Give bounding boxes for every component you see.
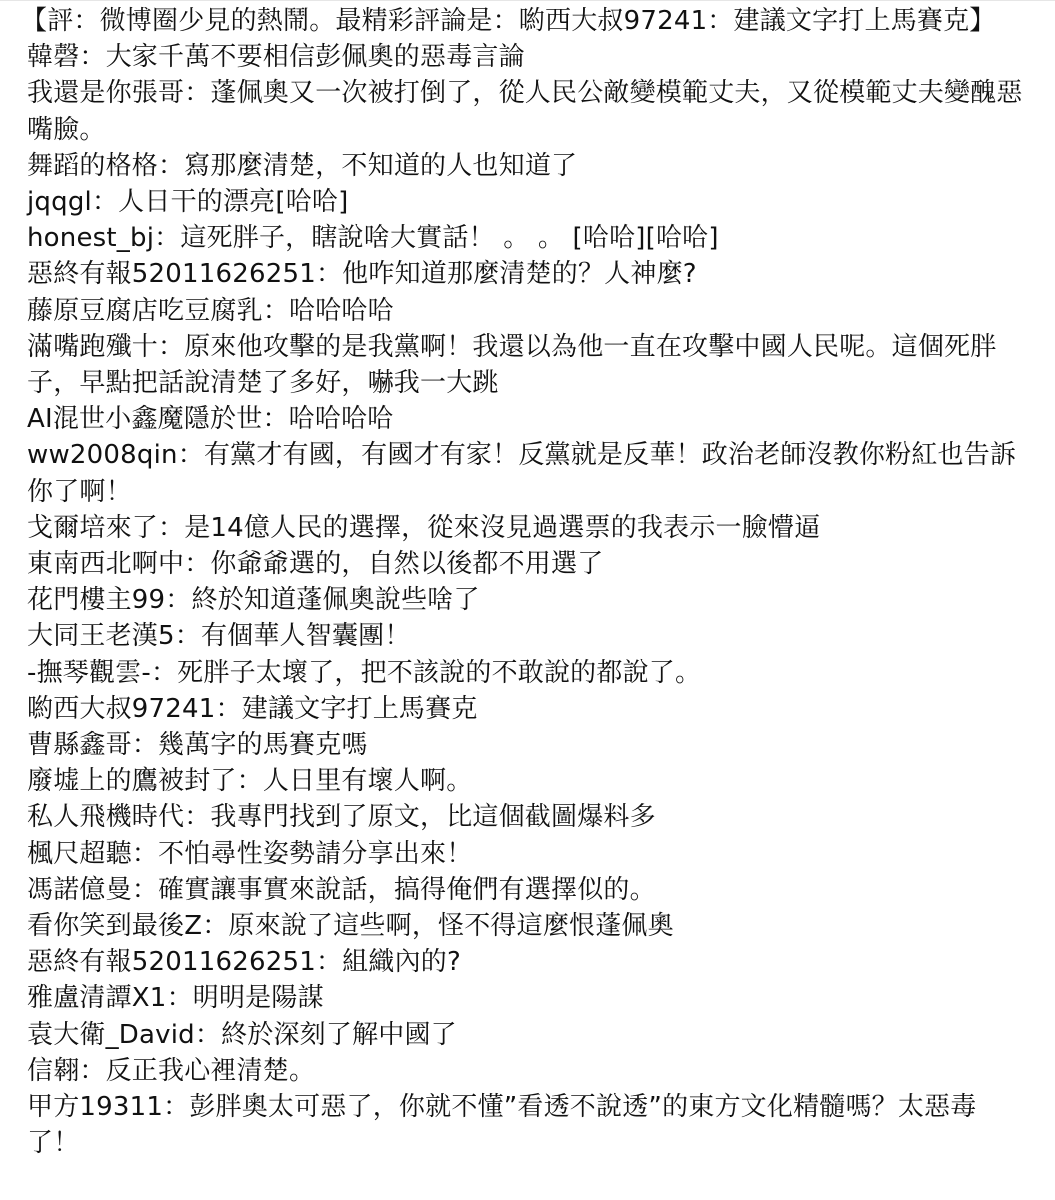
comment-text: 大家千萬不要相信彭佩奧的惡毒言論 [106,42,525,72]
comment-line: 惡終有報52011626251：組織內的? [27,944,1027,980]
comment-username: 滿嘴跑殲十 [27,332,158,362]
comment-username: -撫琴觀雲- [27,658,151,688]
colon-separator: ： [158,151,184,181]
colon-separator: ： [158,513,184,543]
comment-line: 喲西大叔97241：建議文字打上馬賽克 [27,691,1027,727]
colon-separator: ： [79,42,105,72]
comment-line: 曹縣鑫哥：幾萬字的馬賽克嗎 [27,727,1027,763]
comment-text: 人日干的漂亮[哈哈] [118,187,348,217]
comment-text: 你爺爺選的，自然以後都不用選了 [210,549,603,579]
comment-text: 有個華人智囊團！ [201,621,411,651]
comment-username: 馮諾億曼 [27,875,132,905]
comment-text: 死胖子太壞了，把不該說的不敢說的都說了。 [177,658,701,688]
comment-line: 戈爾培來了：是14億人民的選擇，從來沒見過選票的我表示一臉懵逼 [27,510,1027,546]
comment-text: 建議文字打上馬賽克 [242,694,478,724]
comment-username: 惡終有報52011626251 [27,947,316,977]
comment-line: jqqgl：人日干的漂亮[哈哈] [27,184,1027,220]
comment-username: 私人飛機時代 [27,802,184,832]
comment-username: 楓尺超聽 [27,839,132,869]
comment-line: ww2008qin：有黨才有國，有國才有家！反黨就是反華！政治老師沒教你粉紅也告… [27,437,1027,509]
comment-username: AI混世小鑫魔隱於世 [27,404,262,434]
colon-separator: ： [184,78,210,108]
comment-username: 曹縣鑫哥 [27,730,132,760]
comment-text: 這死胖子，瞎說啥大實話！ 。 。 [哈哈][哈哈] [180,223,718,253]
comment-username: 我還是你張哥 [27,78,184,108]
colon-separator: ： [316,947,342,977]
colon-separator: ： [167,983,193,1013]
comment-line: -撫琴觀雲-：死胖子太壞了，把不該說的不敢說的都說了。 [27,655,1027,691]
comment-line: 大同王老漢5：有個華人智囊團！ [27,618,1027,654]
comment-line: AI混世小鑫魔隱於世：哈哈哈哈 [27,401,1027,437]
document-page: 【評：微博圈少見的熱鬧。最精彩評論是：喲西大叔97241：建議文字打上馬賽克】 … [0,0,1055,1200]
colon-separator: ： [237,766,263,796]
comment-text: 反正我心裡清楚。 [106,1056,316,1086]
colon-separator: ： [263,296,289,326]
comment-username: 藤原豆腐店吃豆腐乳 [27,296,263,326]
comment-username: 惡終有報52011626251 [27,259,316,289]
colon-separator: ： [316,259,342,289]
comment-line: 私人飛機時代：我專門找到了原文，比這個截圖爆料多 [27,799,1027,835]
colon-separator: ： [184,549,210,579]
comment-text: 不怕尋性姿勢請分享出來！ [158,839,472,869]
comment-text: 哈哈哈哈 [289,296,394,326]
comment-text: 原來說了這些啊，怪不得這麼恨蓬佩奧 [228,911,673,941]
comment-line: 雅盧清譚X1：明明是陽謀 [27,980,1027,1016]
comment-line: 甲方19311：彭胖奧太可惡了，你就不懂”看透不說透”的東方文化精髓嗎？太惡毒了… [27,1089,1027,1161]
colon-separator: ： [202,911,228,941]
comment-username: 花門樓主99 [27,585,165,615]
colon-separator: ： [262,404,288,434]
colon-separator: ： [132,730,158,760]
comment-text: 明明是陽謀 [193,983,324,1013]
colon-separator: ： [79,1056,105,1086]
comment-line: 滿嘴跑殲十：原來他攻擊的是我黨啊！我還以為他一直在攻擊中國人民呢。這個死胖子，早… [27,329,1027,401]
comment-text: 是14億人民的選擇，從來沒見過選票的我表示一臉懵逼 [184,513,820,543]
comment-username: 看你笑到最後Z [27,911,202,941]
comment-username: 廢墟上的鷹被封了 [27,766,237,796]
comment-list: 【評：微博圈少見的熱鬧。最精彩評論是：喲西大叔97241：建議文字打上馬賽克】 … [27,3,1027,1162]
comment-line: 東南西北啊中：你爺爺選的，自然以後都不用選了 [27,546,1027,582]
colon-separator: ： [151,658,177,688]
comment-text: 他咋知道那麼清楚的？人神麼? [342,259,697,289]
colon-separator: ： [184,802,210,832]
comment-text: 哈哈哈哈 [289,404,394,434]
comment-line: honest_bj：這死胖子，瞎說啥大實話！ 。 。 [哈哈][哈哈] [27,220,1027,256]
comment-username: 雅盧清譚X1 [27,983,167,1013]
comment-text: 確實讓事實來說話，搞得俺們有選擇似的。 [158,875,656,905]
comment-line: 楓尺超聽：不怕尋性姿勢請分享出來！ [27,836,1027,872]
comment-line: 惡終有報52011626251：他咋知道那麼清楚的？人神麼? [27,256,1027,292]
comment-line: 我還是你張哥：蓬佩奧又一次被打倒了，從人民公敵變模範丈夫，又從模範丈夫變醜惡嘴臉… [27,75,1027,147]
comment-username: 韓磬 [27,42,79,72]
comment-text: 終於知道蓬佩奧說些啥了 [192,585,480,615]
comment-line: 舞蹈的格格：寫那麼清楚，不知道的人也知道了 [27,148,1027,184]
comment-username: 甲方19311 [27,1092,163,1122]
colon-separator: ： [132,875,158,905]
comment-text: 終於深刻了解中國了 [221,1020,457,1050]
comment-text: 我專門找到了原文，比這個截圖爆料多 [210,802,655,832]
comment-username: 喲西大叔97241 [27,694,216,724]
colon-separator: ： [154,223,180,253]
comment-line: 看你笑到最後Z：原來說了這些啊，怪不得這麼恨蓬佩奧 [27,908,1027,944]
comment-text: 幾萬字的馬賽克嗎 [158,730,368,760]
colon-separator: ： [163,1092,189,1122]
comment-text: 人日里有壞人啊。 [263,766,473,796]
colon-separator: ： [178,440,204,470]
comment-line: 藤原豆腐店吃豆腐乳：哈哈哈哈 [27,293,1027,329]
comment-username: 舞蹈的格格 [27,151,158,181]
comment-text: 寫那麼清楚，不知道的人也知道了 [184,151,577,181]
comment-username: 大同王老漢5 [27,621,175,651]
colon-separator: ： [216,694,242,724]
comment-username: 信翱 [27,1056,79,1086]
comment-line: 信翱：反正我心裡清楚。 [27,1053,1027,1089]
comments-container: 韓磬：大家千萬不要相信彭佩奧的惡毒言論我還是你張哥：蓬佩奧又一次被打倒了，從人民… [27,39,1027,1161]
comment-username: 戈爾培來了 [27,513,158,543]
comment-line: 馮諾億曼：確實讓事實來說話，搞得俺們有選擇似的。 [27,872,1027,908]
comment-line: 袁大衛_David：終於深刻了解中國了 [27,1017,1027,1053]
colon-separator: ： [92,187,118,217]
colon-separator: ： [132,839,158,869]
comment-username: honest_bj [27,223,154,253]
editor-headline: 【評：微博圈少見的熱鬧。最精彩評論是：喲西大叔97241：建議文字打上馬賽克】 [21,3,1027,39]
colon-separator: ： [175,621,201,651]
comment-username: ww2008qin [27,440,178,470]
colon-separator: ： [165,585,191,615]
comment-username: 東南西北啊中 [27,549,184,579]
comment-line: 韓磬：大家千萬不要相信彭佩奧的惡毒言論 [27,39,1027,75]
comment-username: 袁大衛_David [27,1020,195,1050]
comment-text: 組織內的? [342,947,461,977]
comment-line: 廢墟上的鷹被封了：人日里有壞人啊。 [27,763,1027,799]
comment-username: jqqgl [27,187,92,217]
colon-separator: ： [158,332,184,362]
comment-line: 花門樓主99：終於知道蓬佩奧說些啥了 [27,582,1027,618]
colon-separator: ： [195,1020,221,1050]
